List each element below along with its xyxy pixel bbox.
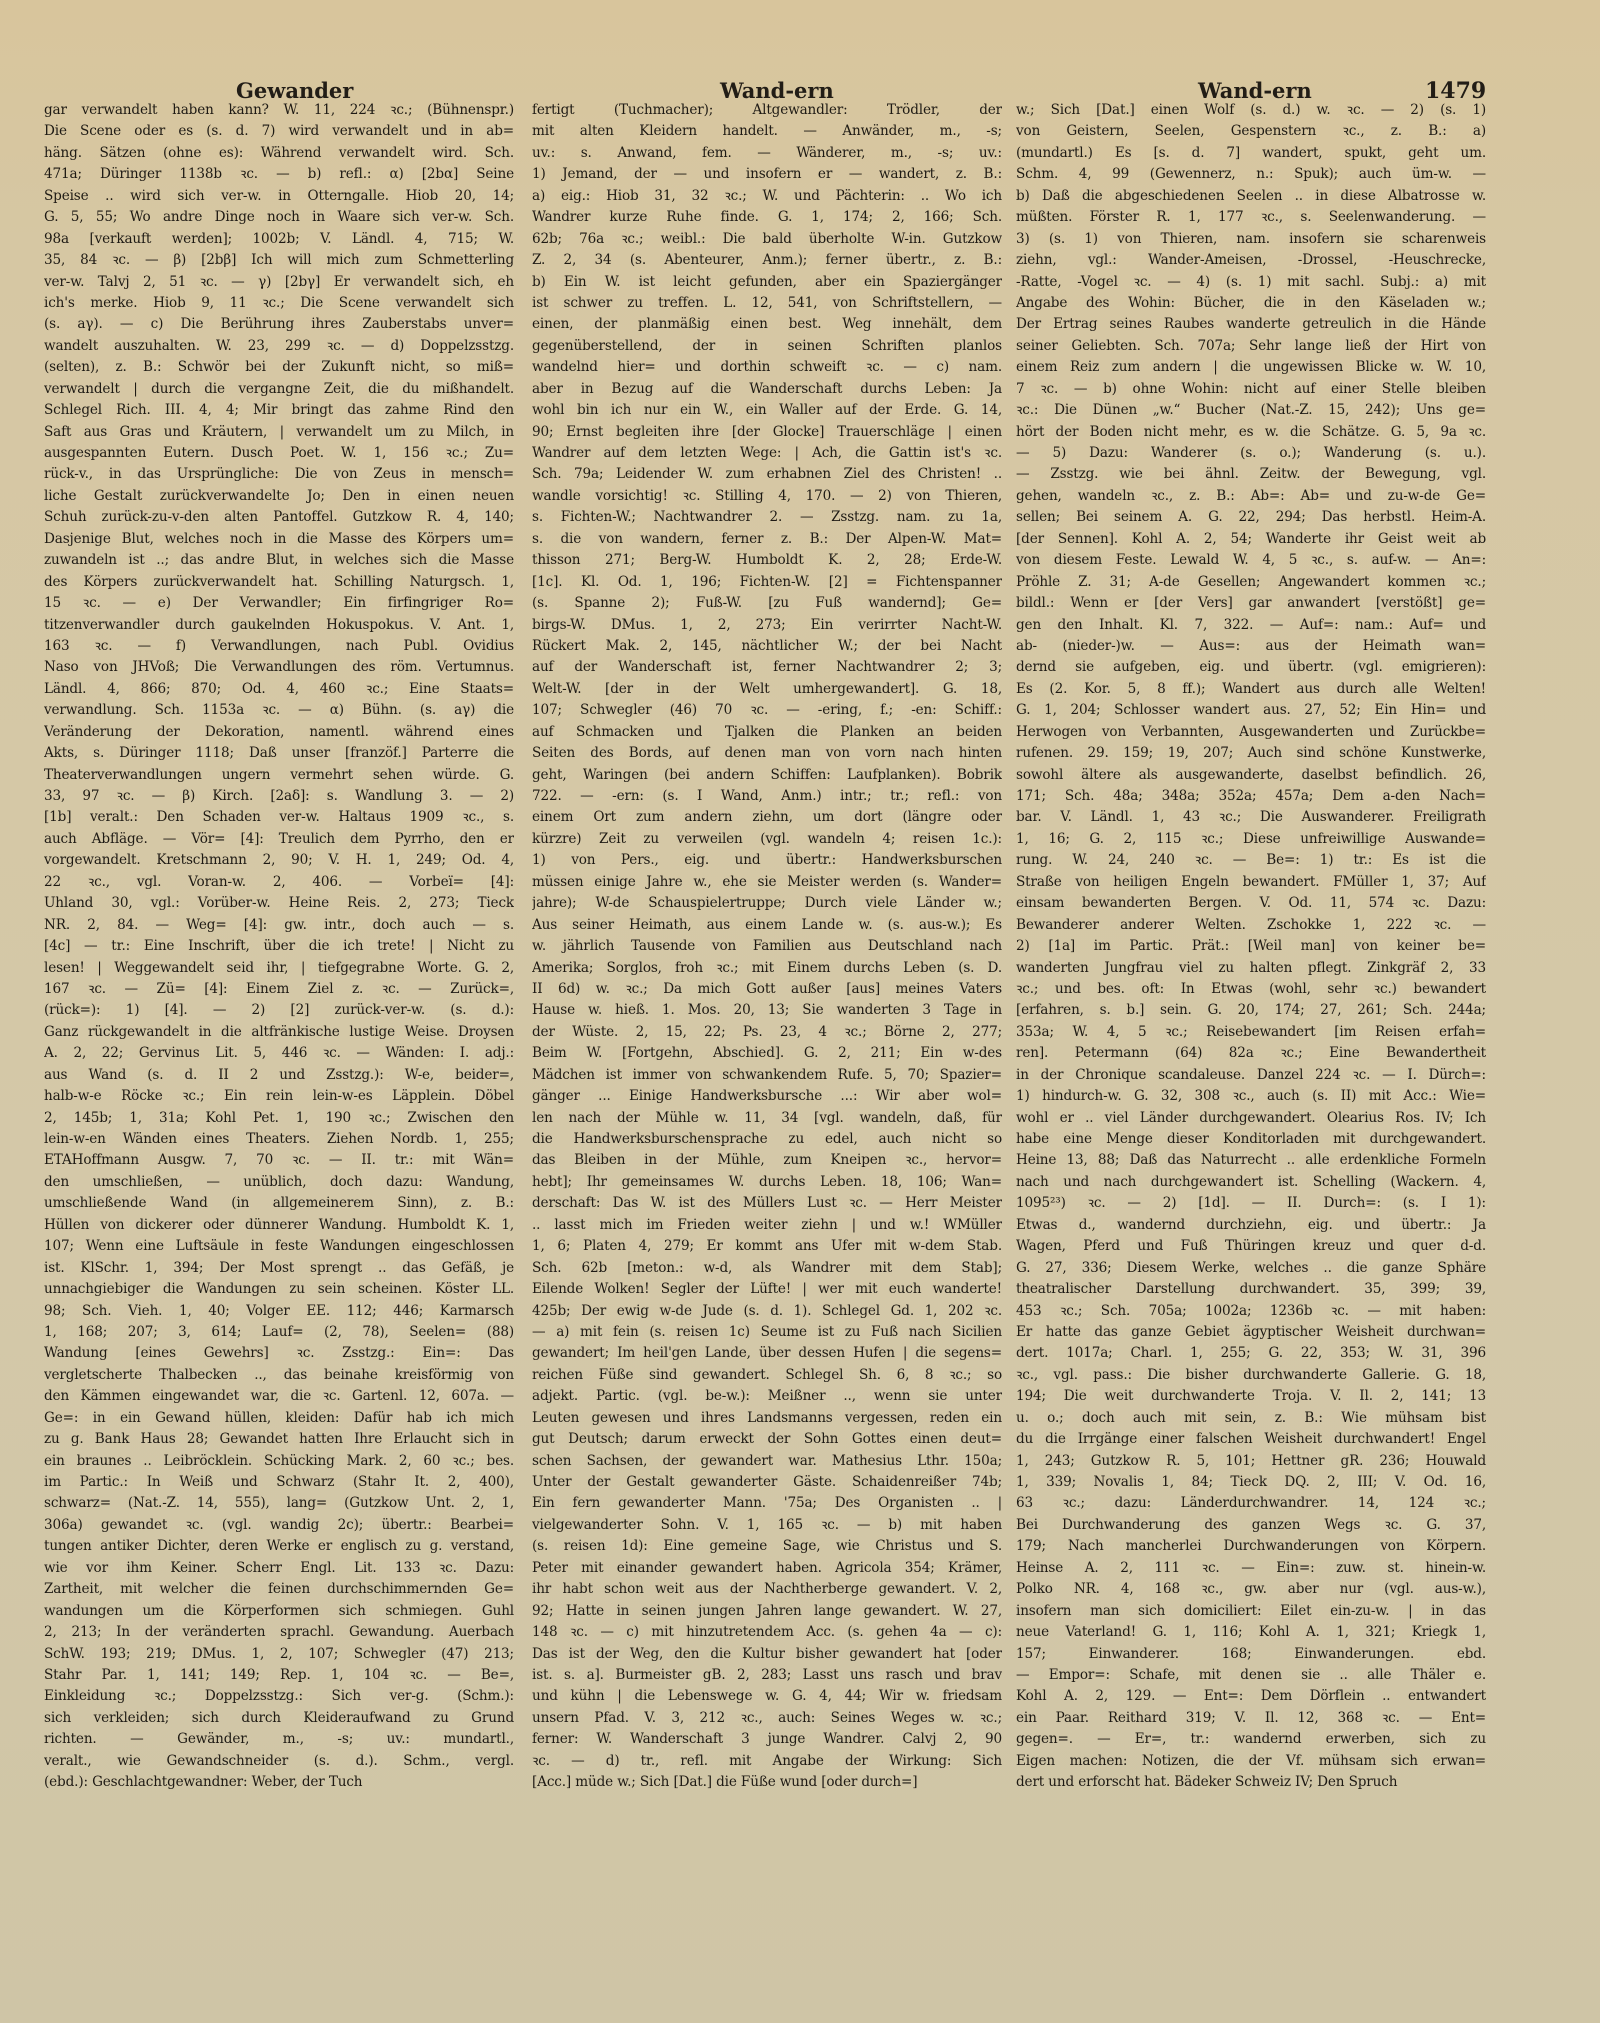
- text-line: verwandlung. Sch. 1153a ꝛc. — α) Bühn. (…: [44, 700, 514, 721]
- text-line: 1095²³) ꝛc. — 2) [1d]. — II. Durch=: (s.…: [1016, 1193, 1486, 1214]
- text-line: Polko NR. 4, 168 ꝛc., gw. aber nur (vgl.…: [1016, 1579, 1486, 1600]
- text-line: SchW. 193; 219; DMus. 1, 2, 107; Schwegl…: [44, 1644, 514, 1665]
- text-column-right: w.; Sich [Dat.] einen Wolf (s. d.) w. ꝛc…: [1016, 100, 1486, 1794]
- text-line: 1) Jemand, der — und insofern er — wande…: [532, 164, 1002, 185]
- text-column-middle: fertigt (Tuchmacher); Altgewandler: Tröd…: [532, 100, 1002, 1794]
- text-line: Sch. 62b [meton.: w-d, als Wandrer mit d…: [532, 1258, 1002, 1279]
- text-line: ihr habt schon weit aus der Nachtherberg…: [532, 1579, 1002, 1600]
- text-line: (s. aγ). — c) Die Berührung ihres Zauber…: [44, 314, 514, 335]
- text-line: wandelnd hier= und dorthin schweift ꝛc. …: [532, 357, 1002, 378]
- text-line: 2, 213; In der veränderten sprachl. Gewa…: [44, 1622, 514, 1643]
- text-line: II 6d) w. ꝛc.; Da mich Gott außer [aus] …: [532, 979, 1002, 1000]
- text-line: Bei Durchwanderung des ganzen Wegs ꝛc. G…: [1016, 1515, 1486, 1536]
- text-line: 1) hindurch-w. G. 32, 308 ꝛc., auch (s. …: [1016, 1086, 1486, 1107]
- text-line: fertigt (Tuchmacher); Altgewandler: Tröd…: [532, 100, 1002, 121]
- text-line: 92; Hatte in seinen jungen Jahren lange …: [532, 1601, 1002, 1622]
- text-line: ver-w. Talvj 2, 51 ꝛc. — γ) [2bγ] Er ver…: [44, 272, 514, 293]
- text-line: Speise .. wird sich ver-w. in Otterngall…: [44, 186, 514, 207]
- text-line: ꝛc.: Die Dünen „w.“ Bucher (Nat.-Z. 15, …: [1016, 400, 1486, 421]
- text-line: Uhland 30, vgl.: Vorüber-w. Heine Reis. …: [44, 893, 514, 914]
- text-line: geht, Waringen (bei andern Schiffen: Lau…: [532, 765, 1002, 786]
- text-line: Leuten gewesen und ihres Landsmanns verg…: [532, 1408, 1002, 1429]
- text-line: halb-w-e Röcke ꝛc.; Ein rein lein-w-es L…: [44, 1086, 514, 1107]
- text-line: Veränderung der Dekoration, namentl. wäh…: [44, 722, 514, 743]
- text-line: müßten. Förster R. 1, 177 ꝛc., s. Seelen…: [1016, 207, 1486, 228]
- text-line: auf Schmacken und Tjalken die Planken an…: [532, 722, 1002, 743]
- text-line: in der Chronique scandaleuse. Danzel 224…: [1016, 1065, 1486, 1086]
- text-line: einem Ort zum andern ziehn, um dort (län…: [532, 807, 1002, 828]
- text-line: [erfahren, s. b.] sein. G. 20, 174; 27, …: [1016, 1000, 1486, 1021]
- text-line: ist schwer zu treffen. L. 12, 541, von S…: [532, 293, 1002, 314]
- text-line: 163 ꝛc. — f) Verwandlungen, nach Publ. O…: [44, 636, 514, 657]
- text-line: Heinse A. 2, 111 ꝛc. — Ein=: zuw. st. hi…: [1016, 1558, 1486, 1579]
- text-line: Mädchen ist immer von schwankendem Rufe.…: [532, 1065, 1002, 1086]
- text-line: den umschließen, — unüblich, doch dazu: …: [44, 1172, 514, 1193]
- text-line: Peter mit einander gewandert haben. Agri…: [532, 1558, 1002, 1579]
- text-line: zuwandeln ist ..; das andre Blut, in wel…: [44, 550, 514, 571]
- text-line: unsern Pfad. V. 3, 212 ꝛc., auch: Seines…: [532, 1708, 1002, 1729]
- text-line: wandelt auszuhalten. W. 23, 299 ꝛc. — d)…: [44, 336, 514, 357]
- text-line: ꝛc. — d) tr., refl. mit Angabe der Wirku…: [532, 1751, 1002, 1772]
- text-line: (selten), z. B.: Schwör bei der Zukunft …: [44, 357, 514, 378]
- text-line: Straße von heiligen Engeln bewandert. FM…: [1016, 872, 1486, 893]
- text-line: 7 ꝛc. — b) ohne Wohin: nicht auf einer S…: [1016, 379, 1486, 400]
- text-line: NR. 2, 84. — Weg= [4]: gw. intr., doch a…: [44, 915, 514, 936]
- text-line: dert und erforscht hat. Bädeker Schweiz …: [1016, 1772, 1486, 1793]
- text-line: ein braunes .. Leibröcklein. Schücking M…: [44, 1451, 514, 1472]
- text-line: adjekt. Partic. (vgl. be-w.): Meißner ..…: [532, 1386, 1002, 1407]
- text-line: Etwas d., wandernd durchziehn, eig. und …: [1016, 1215, 1486, 1236]
- text-line: müssen einige Jahre w., ehe sie Meister …: [532, 872, 1002, 893]
- text-line: Ein fern gewanderter Mann. '75a; Des Org…: [532, 1493, 1002, 1514]
- text-line: 1) von Pers., eig. und übertr.: Handwerk…: [532, 850, 1002, 871]
- text-line: einsam bewanderten Bergen. V. Od. 11, 57…: [1016, 893, 1486, 914]
- text-line: zu g. Bank Haus 28; Gewandet hatten Ihre…: [44, 1429, 514, 1450]
- text-line: len nach der Mühle w. 11, 34 [vgl. wande…: [532, 1108, 1002, 1129]
- text-line: Hause w. hieß. 1. Mos. 20, 13; Sie wande…: [532, 1000, 1002, 1021]
- text-line: veralt., wie Gewandschneider (s. d.). Sc…: [44, 1751, 514, 1772]
- text-line: Einkleidung ꝛc.; Doppelzsstzg.: Sich ver…: [44, 1686, 514, 1707]
- text-line: Unter der Gestalt gewanderter Gäste. Sch…: [532, 1472, 1002, 1493]
- text-line: von diesem Feste. Lewald W. 4, 5 ꝛc., s.…: [1016, 550, 1486, 571]
- text-line: schen Sachsen, der gewandert war. Mathes…: [532, 1451, 1002, 1472]
- text-line: w.; Sich [Dat.] einen Wolf (s. d.) w. ꝛc…: [1016, 100, 1486, 121]
- text-line: ab- (nieder-)w. — Aus=: aus der Heimath …: [1016, 636, 1486, 657]
- text-line: .. lasst mich im Frieden weiter ziehn | …: [532, 1215, 1002, 1236]
- text-line: 22 ꝛc., vgl. Voran-w. 2, 406. — Vorbeï= …: [44, 872, 514, 893]
- text-line: 1, 168; 207; 3, 614; Lauf= (2, 78), Seel…: [44, 1322, 514, 1343]
- text-line: a) eig.: Hiob 31, 32 ꝛc.; W. und Pächter…: [532, 186, 1002, 207]
- text-line: A. 2, 22; Gervinus Lit. 5, 446 ꝛc. — Wän…: [44, 1043, 514, 1064]
- text-line: die Handwerksburschensprache zu edel, au…: [532, 1129, 1002, 1150]
- text-line: einen, der planmäßig einen best. Weg inn…: [532, 314, 1002, 335]
- text-line: verwandelt | durch die vergangne Zeit, d…: [44, 379, 514, 400]
- text-line: nach und nach durchgewandert ist. Schell…: [1016, 1172, 1486, 1193]
- text-line: 194; Die weit durchwanderte Troja. V. Il…: [1016, 1386, 1486, 1407]
- text-line: wanderten Jungfrau viel zu halten pflegt…: [1016, 958, 1486, 979]
- text-line: Schuh zurück-zu-v-den alten Pantoffel. G…: [44, 507, 514, 528]
- text-line: gen den Inhalt. Kl. 7, 322. — Auf=: nam.…: [1016, 615, 1486, 636]
- text-line: Welt-W. [der in der Welt umhergewandert]…: [532, 679, 1002, 700]
- text-line: b) Ein W. ist leicht gefunden, aber ein …: [532, 272, 1002, 293]
- text-line: Wandrer kurze Ruhe finde. G. 1, 174; 2, …: [532, 207, 1002, 228]
- text-line: dernd sie aufgeben, eig. und übertr. (vg…: [1016, 657, 1486, 678]
- text-line: unnachgiebiger die Wandungen zu sein sch…: [44, 1279, 514, 1300]
- text-line: bar. V. Ländl. 1, 43 ꝛc.; Die Auswandere…: [1016, 807, 1486, 828]
- text-line: birgs-W. DMus. 1, 2, 273; Ein verirrter …: [532, 615, 1002, 636]
- text-line: richten. — Gewänder, m., -s; uv.: mundar…: [44, 1729, 514, 1750]
- scanned-dictionary-page: Gewander Wand-ern Wand-ern 1479 gar verw…: [0, 0, 1600, 2023]
- text-line: rück-v., in das Ursprüngliche: Die von Z…: [44, 464, 514, 485]
- text-line: gar verwandelt haben kann? W. 11, 224 ꝛc…: [44, 100, 514, 121]
- text-line: Ganz rückgewandelt in die altfränkische …: [44, 1022, 514, 1043]
- text-line: auf der Wanderschaft ist, ferner Nachtwa…: [532, 657, 1002, 678]
- text-line: 63 ꝛc.; dazu: Länderdurchwandrer. 14, 12…: [1016, 1493, 1486, 1514]
- text-line: derschaft: Das W. ist des Müllers Lust ꝛ…: [532, 1193, 1002, 1214]
- text-line: Naso von JHVoß; Die Verwandlungen des rö…: [44, 657, 514, 678]
- text-line: das Bleiben in der Mühle, zum Kneipen ꝛc…: [532, 1150, 1002, 1171]
- text-line: den Kämmen eingewandet war, die ꝛc. Gart…: [44, 1386, 514, 1407]
- text-line: vergletscherte Thalbecken .., das beinah…: [44, 1365, 514, 1386]
- text-line: Eigen machen: Notizen, die der Vf. mühsa…: [1016, 1751, 1486, 1772]
- text-line: habe eine Menge dieser Konditorladen mit…: [1016, 1129, 1486, 1150]
- text-line: gänger ... Einige Handwerksbursche ...: …: [532, 1086, 1002, 1107]
- text-line: neue Vaterland! G. 1, 116; Kohl A. 1, 32…: [1016, 1622, 1486, 1643]
- text-line: Er hatte das ganze Gebiet ägyptischer We…: [1016, 1322, 1486, 1343]
- text-line: 15 ꝛc. — e) Der Verwandler; Ein firfingr…: [44, 593, 514, 614]
- text-line: ich's merke. Hiob 9, 11 ꝛc.; Die Scene v…: [44, 293, 514, 314]
- text-line: [4c] — tr.: Eine Inschrift, über die ich…: [44, 936, 514, 957]
- text-line: b) Daß die abgeschiedenen Seelen .. in d…: [1016, 186, 1486, 207]
- text-line: Bewanderer anderer Welten. Zschokke 1, 2…: [1016, 915, 1486, 936]
- text-line: einem Reiz zum andern | die ungewissen B…: [1016, 357, 1486, 378]
- text-line: wandungen um die Körperformen sich schmi…: [44, 1601, 514, 1622]
- text-line: s. die von wandern, ferner z. B.: Der Al…: [532, 529, 1002, 550]
- text-line: (mundartl.) Es [s. d. 7] wandert, spukt,…: [1016, 143, 1486, 164]
- text-line: ꝛc.; und bes. oft: In Etwas (wohl, sehr …: [1016, 979, 1486, 1000]
- text-line: u. o.; doch auch mit sein, z. B.: Wie mü…: [1016, 1408, 1486, 1429]
- text-line: lein-w-en Wänden eines Theaters. Ziehen …: [44, 1129, 514, 1150]
- text-line: Die Scene oder es (s. d. 7) wird verwand…: [44, 121, 514, 142]
- text-line: sowohl ältere als ausgewanderte, daselbs…: [1016, 765, 1486, 786]
- text-line: Schlegel Rich. III. 4, 4; Mir bringt das…: [44, 400, 514, 421]
- text-line: Herwogen von Verbannten, Ausgewanderten …: [1016, 722, 1486, 743]
- text-line: Saft aus Gras und Kräutern, | verwandelt…: [44, 422, 514, 443]
- text-line: G. 1, 204; Schlosser wandert aus. 27, 52…: [1016, 700, 1486, 721]
- text-line: 171; Sch. 48a; 348a; 352a; 457a; Dem a-d…: [1016, 786, 1486, 807]
- text-line: 98a [verkauft werden]; 1002b; V. Ländl. …: [44, 229, 514, 250]
- text-line: ein Paar. Reithard 319; V. Il. 12, 368 ꝛ…: [1016, 1708, 1486, 1729]
- text-line: insofern man sich domiciliert: Eilet ein…: [1016, 1601, 1486, 1622]
- text-line: dert. 1017a; Charl. 1, 255; G. 22, 353; …: [1016, 1343, 1486, 1364]
- text-line: gewandert; Im heil'gen Lande, über desse…: [532, 1343, 1002, 1364]
- text-line: 148 ꝛc. — c) mit hinzutretendem Acc. (s.…: [532, 1622, 1002, 1643]
- text-line: mit alten Kleidern handelt. — Anwänder, …: [532, 121, 1002, 142]
- text-line: bildl.: Wenn er [der Vers] gar anwandert…: [1016, 593, 1486, 614]
- text-line: Pröhle Z. 31; A-de Gesellen; Angewandert…: [1016, 572, 1486, 593]
- text-line: rung. W. 24, 240 ꝛc. — Be=: 1) tr.: Es i…: [1016, 850, 1486, 871]
- text-line: Amerika; Sorglos, froh ꝛc.; mit Einem du…: [532, 958, 1002, 979]
- text-line: 453 ꝛc.; Sch. 705a; 1002a; 1236b ꝛc. — m…: [1016, 1301, 1486, 1322]
- text-line: 33, 97 ꝛc. — β) Kirch. [2aδ]: s. Wandlun…: [44, 786, 514, 807]
- text-line: Wagen, Pferd und Fuß Thüringen kreuz und…: [1016, 1236, 1486, 1257]
- text-line: jahre); W-de Schauspielertruppe; Durch v…: [532, 893, 1002, 914]
- text-line: 167 ꝛc. — Zü= [4]: Einem Ziel z. ꝛc. — Z…: [44, 979, 514, 1000]
- text-line: w. jährlich Tausende von Familien aus De…: [532, 936, 1002, 957]
- text-line: — Empor=: Schafe, mit denen sie .. alle …: [1016, 1665, 1486, 1686]
- text-line: G. 27, 336; Diesem Werke, welches .. die…: [1016, 1258, 1486, 1279]
- text-line: Zartheit, mit welcher die feinen durchsc…: [44, 1579, 514, 1600]
- text-line: reichen Füße sind gewandert. Schlegel Sh…: [532, 1365, 1002, 1386]
- text-line: [1b] veralt.: Den Schaden ver-w. Haltaus…: [44, 807, 514, 828]
- text-line: 1, 243; Gutzkow R. 5, 101; Hettner gR. 2…: [1016, 1451, 1486, 1472]
- text-line: [1c]. Kl. Od. 1, 196; Fichten-W. [2] = F…: [532, 572, 1002, 593]
- text-line: — 5) Dazu: Wanderer (s. o.); Wanderung (…: [1016, 443, 1486, 464]
- text-line: vielgewanderter Sohn. V. 1, 165 ꝛc. — b)…: [532, 1515, 1002, 1536]
- text-line: des Körpers zurückverwandelt hat. Schill…: [44, 572, 514, 593]
- text-line: -Ratte, -Vogel ꝛc. — 4) (s. 1) mit sachl…: [1016, 272, 1486, 293]
- text-line: rufenen. 29. 159; 19, 207; Auch sind sch…: [1016, 743, 1486, 764]
- text-line: Ländl. 4, 866; 870; Od. 4, 460 ꝛc.; Eine…: [44, 679, 514, 700]
- text-line: 1, 339; Novalis 1, 84; Tieck DQ. 2, III;…: [1016, 1472, 1486, 1493]
- text-line: ausgespannten Eutern. Dusch Poet. W. 1, …: [44, 443, 514, 464]
- text-line: theatralischer Darstellung durchwandert.…: [1016, 1279, 1486, 1300]
- text-line: s. Fichten-W.; Nachtwandrer 2. — Zsstzg.…: [532, 507, 1002, 528]
- text-line: häng. Sätzen (ohne es): Während verwande…: [44, 143, 514, 164]
- text-line: 2, 145b; 1, 31a; Kohl Pet. 1, 190 ꝛc.; Z…: [44, 1108, 514, 1129]
- text-line: Dasjenige Blut, welches noch in die Mass…: [44, 529, 514, 550]
- text-line: hebt]; Ihr gemeinsames W. durchs Leben. …: [532, 1172, 1002, 1193]
- text-line: G. 5, 55; Wo andre Dinge noch in Waare s…: [44, 207, 514, 228]
- text-line: Akts, s. Düringer 1118; Daß unser [franz…: [44, 743, 514, 764]
- text-line: Hüllen von dickerer oder dünnerer Wandun…: [44, 1215, 514, 1236]
- text-line: uv.: s. Anwand, fem. — Wänderer, m., -s;…: [532, 143, 1002, 164]
- text-line: der Wüste. 2, 15, 22; Ps. 23, 4 ꝛc.; Bör…: [532, 1022, 1002, 1043]
- text-line: 90; Ernst begleiten ihre [der Glocke] Tr…: [532, 422, 1002, 443]
- text-line: sellen; Bei seinem A. G. 22, 294; Das he…: [1016, 507, 1486, 528]
- text-line: ist. s. a]. Burmeister gB. 2, 283; Lasst…: [532, 1665, 1002, 1686]
- text-line: thisson 271; Berg-W. Humboldt K. 2, 28; …: [532, 550, 1002, 571]
- text-line: Kohl A. 2, 129. — Ent=: Dem Dörflein .. …: [1016, 1686, 1486, 1707]
- text-line: Das ist der Weg, den die Kultur bisher g…: [532, 1644, 1002, 1665]
- text-line: aber in Bezug auf die Wanderschaft durch…: [532, 379, 1002, 400]
- text-line: schwarz= (Nat.-Z. 14, 555), lang= (Gutzk…: [44, 1493, 514, 1514]
- text-line: 1, 16; G. 2, 115 ꝛc.; Diese unfreiwillig…: [1016, 829, 1486, 850]
- text-line: [Acc.] müde w.; Sich [Dat.] die Füße wun…: [532, 1772, 1002, 1793]
- text-line: ren]. Petermann (64) 82a ꝛc.; Eine Bewan…: [1016, 1043, 1486, 1064]
- text-line: Der Ertrag seines Raubes wanderte getreu…: [1016, 314, 1486, 335]
- text-line: Eilende Wolken! Segler der Lüfte! | wer …: [532, 1279, 1002, 1300]
- text-line: kürzre) Zeit zu verweilen (vgl. wandeln …: [532, 829, 1002, 850]
- text-line: aus Wand (s. d. II 2 und Zsstzg.): W-e, …: [44, 1065, 514, 1086]
- text-line: 107; Schwegler (46) 70 ꝛc. — -ering, f.;…: [532, 700, 1002, 721]
- text-line: Heine 13, 88; Daß das Naturrecht .. alle…: [1016, 1150, 1486, 1171]
- text-line: gehen, wandeln ꝛc., z. B.: Ab=: Ab= und …: [1016, 486, 1486, 507]
- text-line: im Partic.: In Weiß und Schwarz (Stahr I…: [44, 1472, 514, 1493]
- text-line: [der Sennen]. Kohl A. 2, 54; Wanderte ih…: [1016, 529, 1486, 550]
- text-line: tungen antiker Dichter, deren Werke er e…: [44, 1536, 514, 1557]
- text-line: ETAHoffmann Ausgw. 7, 70 ꝛc. — II. tr.: …: [44, 1150, 514, 1171]
- text-column-left: gar verwandelt haben kann? W. 11, 224 ꝛc…: [44, 100, 514, 1794]
- text-line: 35, 84 ꝛc. — β) [2bβ] Ich will mich zum …: [44, 250, 514, 271]
- text-line: Aus seiner Heimath, aus einem Lande w. (…: [532, 915, 1002, 936]
- text-line: ferner: W. Wanderschaft 3 junge Wandrer.…: [532, 1729, 1002, 1750]
- text-line: 353a; W. 4, 5 ꝛc.; Reisebewandert [im Re…: [1016, 1022, 1486, 1043]
- text-line: 3) (s. 1) von Thieren, nam. insofern sie…: [1016, 229, 1486, 250]
- text-line: auch Abfläge. — Vör= [4]: Treulich dem P…: [44, 829, 514, 850]
- text-line: sich verkleiden; sich durch Kleideraufwa…: [44, 1708, 514, 1729]
- text-line: 425b; Der ewig w-de Jude (s. d. 1). Schl…: [532, 1301, 1002, 1322]
- text-line: 306a) gewandet ꝛc. (vgl. wandig 2c); übe…: [44, 1515, 514, 1536]
- text-line: 157; Einwanderer. 168; Einwanderungen. e…: [1016, 1644, 1486, 1665]
- text-line: 471a; Düringer 1138b ꝛc. — b) refl.: α) …: [44, 164, 514, 185]
- text-line: Wandrer auf dem letzten Wege: | Ach, die…: [532, 443, 1002, 464]
- text-line: 62b; 76a ꝛc.; weibl.: Die bald überholte…: [532, 229, 1002, 250]
- text-line: und kühn | die Lebenswege w. G. 4, 44; W…: [532, 1686, 1002, 1707]
- text-line: gegen=. — Er=, tr.: wandernd erwerben, s…: [1016, 1729, 1486, 1750]
- text-line: wohl bin ich nur ein W., ein Waller auf …: [532, 400, 1002, 421]
- text-line: 722. — -ern: (s. I Wand, Anm.) intr.; tr…: [532, 786, 1002, 807]
- text-line: wandle vorsichtig! ꝛc. Stilling 4, 170. …: [532, 486, 1002, 507]
- text-line: Ge=: in ein Gewand hüllen, kleiden: Dafü…: [44, 1408, 514, 1429]
- text-line: Seiten des Bords, auf denen man von vorn…: [532, 743, 1002, 764]
- text-line: wohl er .. viel Länder durchgewandert. O…: [1016, 1108, 1486, 1129]
- text-line: (rück=): 1) [4]. — 2) [2] zurück-ver-w. …: [44, 1000, 514, 1021]
- text-line: ꝛc., vgl. pass.: Die bisher durchwandert…: [1016, 1365, 1486, 1386]
- text-line: Angabe des Wohin: Bücher, die in den Käs…: [1016, 293, 1486, 314]
- text-line: Stahr Par. 1, 141; 149; Rep. 1, 104 ꝛc. …: [44, 1665, 514, 1686]
- text-line: gegenüberstellend, der in seinen Schrift…: [532, 336, 1002, 357]
- text-line: Z. 2, 34 (s. Abenteurer, Anm.); ferner ü…: [532, 250, 1002, 271]
- text-line: von Geistern, Seelen, Gespenstern ꝛc., z…: [1016, 121, 1486, 142]
- text-line: 107; Wenn eine Luftsäule in feste Wandun…: [44, 1236, 514, 1257]
- text-line: — Zsstzg. wie bei ähnl. Zeitw. der Beweg…: [1016, 464, 1486, 485]
- text-line: wie vor ihm Keiner. Scherr Engl. Lit. 13…: [44, 1558, 514, 1579]
- text-line: ist. KlSchr. 1, 394; Der Most sprengt ..…: [44, 1258, 514, 1279]
- text-line: titzenverwandler durch gaukelnden Hokusp…: [44, 615, 514, 636]
- text-line: gut Deutsch; darum erweckt der Sohn Gott…: [532, 1429, 1002, 1450]
- text-line: 2) [1a] im Partic. Prät.: [Weil man] von…: [1016, 936, 1486, 957]
- text-line: Es (2. Kor. 5, 8 ff.); Wandert aus durch…: [1016, 679, 1486, 700]
- text-line: vorgewandelt. Kretschmann 2, 90; V. H. 1…: [44, 850, 514, 871]
- text-line: ziehn, vgl.: Wander-Ameisen, -Drossel, -…: [1016, 250, 1486, 271]
- text-line: (s. Spanne 2); Fuß-W. [zu Fuß wandernd];…: [532, 593, 1002, 614]
- text-line: lesen! | Weggewandelt seid ihr, | tiefge…: [44, 958, 514, 979]
- text-line: Beim W. [Fortgehn, Abschied]. G. 2, 211;…: [532, 1043, 1002, 1064]
- text-line: (ebd.): Geschlachtgewandner: Weber, der …: [44, 1772, 514, 1793]
- text-line: (s. reisen 1d): Eine gemeine Sage, wie C…: [532, 1536, 1002, 1557]
- text-line: du die Irrgänge einer falschen Weisheit …: [1016, 1429, 1486, 1450]
- text-line: hört der Boden nicht mehr, es w. die Sch…: [1016, 422, 1486, 443]
- text-line: umschließende Wand (in allgemeinerem Sin…: [44, 1193, 514, 1214]
- text-line: Sch. 79a; Leidender W. zum erhabnen Ziel…: [532, 464, 1002, 485]
- text-line: Theaterverwandlungen ungern vermehrt seh…: [44, 765, 514, 786]
- text-line: seiner Geliebten. Sch. 707a; Sehr lange …: [1016, 336, 1486, 357]
- text-line: 179; Nach mancherlei Durchwanderungen vo…: [1016, 1536, 1486, 1557]
- text-line: 98; Sch. Vieh. 1, 40; Volger EE. 112; 44…: [44, 1301, 514, 1322]
- text-line: liche Gestalt zurückverwandelte Jo; Den …: [44, 486, 514, 507]
- text-line: Wandung [eines Gewehrs] ꝛc. Zsstzg.: Ein…: [44, 1343, 514, 1364]
- text-line: — a) mit fein (s. reisen 1c) Seume ist z…: [532, 1322, 1002, 1343]
- text-line: Schm. 4, 99 (Gewennerz, n.: Spuk); auch …: [1016, 164, 1486, 185]
- text-line: 1, 6; Platen 4, 279; Er kommt ans Ufer m…: [532, 1236, 1002, 1257]
- text-line: Rückert Mak. 2, 145, nächtlicher W.; der…: [532, 636, 1002, 657]
